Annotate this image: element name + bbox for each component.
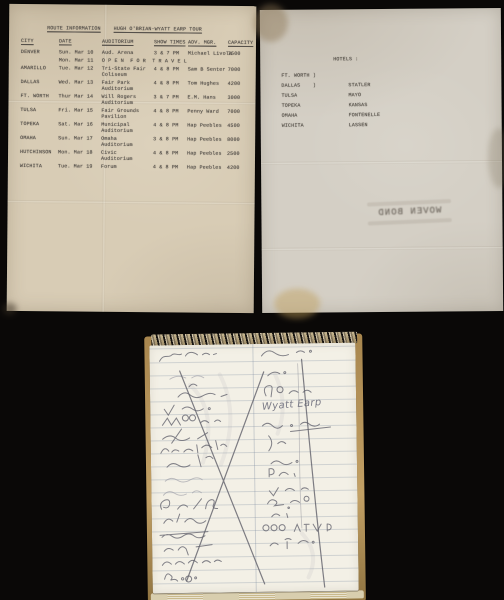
cell-capacity: 2500	[227, 151, 253, 163]
cell-adv-mgr	[188, 58, 228, 64]
cell-adv-mgr: Hap Peebles	[187, 122, 227, 134]
cell-date: Sun. Mar 10	[59, 49, 102, 55]
hotel-city: TULSA	[281, 92, 348, 99]
col-capacity: CAPACITY	[228, 40, 254, 46]
photo-background: ROUTE INFORMATION HUGH O'BRIAN-WYATT EAR…	[0, 0, 504, 600]
cell-city: TULSA	[20, 107, 58, 119]
cell-auditorium: Municipal Auditorium	[101, 122, 153, 134]
cell-city: DENVER	[21, 49, 59, 55]
cell-capacity	[228, 59, 254, 65]
fold-crease	[262, 246, 503, 251]
cell-city: AMARILLO	[21, 65, 59, 77]
cross-out-strokes	[180, 359, 325, 589]
cell-show-times: 4 & 8 PM	[153, 150, 187, 162]
hotels-heading: HOTELS :	[333, 55, 495, 62]
cell-date: Tue. Mar 12	[59, 65, 102, 77]
cell-show-times: 3 & 7 PM	[154, 50, 188, 56]
cell-date: Sat. Mar 16	[58, 121, 101, 133]
cell-adv-mgr: Hap Peebles	[187, 150, 227, 162]
cell-adv-mgr: Penny Ward	[187, 108, 227, 120]
paper-watermark: WOVEN BOND	[349, 196, 470, 228]
cell-adv-mgr: Hap Peebles	[187, 136, 227, 148]
cell-show-times: 3 & 7 PM	[153, 94, 187, 106]
cell-capacity: 3000	[227, 95, 253, 107]
hotel-city: OMAHA	[282, 112, 349, 119]
watermark-text: WOVEN BOND	[349, 204, 469, 220]
route-table-row: DALLAS Wed. Mar 13 Fair Park Auditorium …	[21, 79, 250, 93]
cell-date: Wed. Mar 13	[59, 79, 102, 91]
col-auditorium: AUDITORIUM	[102, 39, 154, 45]
route-table-row: WICHITA Tue. Mar 19 Forum 4 & 8 PM Hap P…	[20, 163, 249, 171]
route-table-row: DENVER Sun. Mar 10 Aud. Arena 3 & 7 PM M…	[21, 49, 250, 57]
cell-city: FT. WORTH	[20, 93, 58, 105]
cell-city: WICHITA	[20, 163, 58, 169]
stain	[488, 128, 504, 188]
cell-show-times: 4 & 8 PM	[154, 80, 188, 92]
hotel-entry: WICHITA LASSEN	[282, 121, 496, 129]
hotel-city: TOPEKA	[282, 102, 349, 109]
cell-capacity: 8000	[227, 137, 253, 149]
cell-show-times: 4 & 8 PM	[154, 66, 188, 78]
hotel-entry: DALLAS ) STATLER	[281, 81, 495, 89]
hotel-name: KANSAS	[349, 101, 496, 108]
notepad-page: Wyatt Earp	[149, 343, 358, 594]
hotel-entry: FT. WORTH )	[281, 71, 495, 79]
hotel-entry: TOPEKA KANSAS	[282, 101, 496, 109]
route-table-row: FT. WORTH Thur Mar 14 Will Rogers Audito…	[20, 93, 249, 107]
cell-capacity: 7500	[228, 51, 254, 57]
route-information-sheet: ROUTE INFORMATION HUGH O'BRIAN-WYATT EAR…	[7, 4, 257, 313]
cell-capacity: 7000	[228, 67, 254, 79]
cell-auditorium: Civic Auditorium	[101, 150, 153, 162]
cell-show-times: 4 & 8 PM	[153, 108, 187, 120]
cell-capacity: 4500	[227, 123, 253, 135]
cell-capacity: 7000	[227, 109, 253, 121]
route-table-row: TULSA Fri. Mar 15 Fair Grounds Pavilion …	[20, 107, 249, 121]
cell-auditorium: O P E N F O R T R A V E L	[102, 58, 154, 64]
hotel-city: FT. WORTH )	[281, 72, 348, 79]
cell-show-times: 3 & 8 PM	[153, 136, 187, 148]
watermark-blur-line	[368, 218, 452, 226]
stain	[274, 288, 320, 318]
cell-adv-mgr: Sam B Senter	[188, 66, 228, 78]
cell-city: DALLAS	[21, 79, 59, 91]
steno-notepad: Wyatt Earp	[149, 332, 363, 597]
cell-city: OMAHA	[20, 135, 58, 147]
route-table-row: Mon. Mar 11 O P E N F O R T R A V E L	[21, 57, 250, 65]
cell-date: Sun. Mar 17	[58, 135, 101, 147]
route-table-header: CITY DATE AUDITORIUM SHOW TIMES ADV. MGR…	[21, 38, 250, 46]
cell-city	[21, 57, 59, 63]
cell-auditorium: Aud. Arena	[102, 50, 154, 56]
cell-show-times	[154, 58, 188, 64]
cell-city: HUTCHINSON	[20, 149, 58, 161]
cell-show-times: 4 & 8 PM	[153, 122, 187, 134]
corner-fold	[3, 303, 17, 315]
cell-city: TOPEKA	[20, 121, 58, 133]
route-table-row: AMARILLO Tue. Mar 12 Tri-State Fair Coli…	[21, 65, 250, 79]
col-show-times: SHOW TIMES	[154, 39, 188, 45]
fold-crease	[261, 160, 502, 165]
hotels-list: FT. WORTH ) DALLAS ) STATLER TULSA MAYO	[281, 71, 495, 129]
route-table-row: HUTCHINSON Mon. Mar 18 Civic Auditorium …	[20, 149, 249, 163]
cell-auditorium: Omaha Auditorium	[101, 136, 153, 148]
handwritten-notes: Wyatt Earp	[149, 343, 358, 594]
cell-adv-mgr: Michael Livola	[188, 50, 228, 56]
route-title-right: HUGH O'BRIAN-WYATT EARP TOUR	[114, 26, 202, 33]
cell-date: Fri. Mar 15	[58, 107, 101, 119]
fold-crease	[8, 200, 255, 205]
hotel-name	[348, 71, 495, 78]
route-title-left: ROUTE INFORMATION	[47, 25, 101, 31]
col-city: CITY	[21, 38, 59, 44]
cell-date: Mon. Mar 18	[58, 149, 101, 161]
cell-auditorium: Fair Grounds Pavilion	[101, 108, 153, 120]
hotel-name: MAYO	[348, 91, 495, 98]
cell-capacity: 4200	[228, 81, 254, 93]
route-table-row: TOPEKA Sat. Mar 16 Municipal Auditorium …	[20, 121, 249, 135]
cell-date: Mon. Mar 11	[59, 57, 102, 63]
route-table-rows: DENVER Sun. Mar 10 Aud. Arena 3 & 7 PM M…	[20, 49, 250, 171]
handwriting-wyatt-earp: Wyatt Earp	[262, 397, 323, 413]
cell-date: Thur Mar 14	[58, 93, 101, 105]
hotel-city: WICHITA	[282, 122, 349, 129]
cell-adv-mgr: Hap Peebles	[187, 164, 227, 170]
hotel-name: LASSEN	[349, 121, 496, 128]
hotel-city: DALLAS )	[281, 82, 348, 89]
cell-date: Tue. Mar 19	[58, 163, 101, 169]
hotel-name: STATLER	[348, 81, 495, 88]
cell-auditorium: Fair Park Auditorium	[102, 80, 154, 92]
cell-show-times: 4 & 8 PM	[153, 164, 187, 170]
cell-adv-mgr: E.M. Hans	[187, 94, 227, 106]
route-table-row: OMAHA Sun. Mar 17 Omaha Auditorium 3 & 8…	[20, 135, 249, 149]
cell-adv-mgr: Tom Hughes	[188, 80, 228, 92]
hotels-sheet: WOVEN BOND HOTELS : FT. WORTH ) DALLAS )…	[260, 8, 503, 313]
col-adv-mgr: ADV. MGR.	[188, 39, 228, 45]
hotel-entry: TULSA MAYO	[281, 91, 495, 99]
cell-auditorium: Will Rogers Auditorium	[101, 94, 153, 106]
cell-auditorium: Forum	[101, 164, 153, 170]
hotel-name: FONTENELLE	[349, 111, 496, 118]
col-date: DATE	[59, 38, 102, 44]
cell-capacity: 4200	[227, 165, 253, 171]
cell-auditorium: Tri-State Fair Coliseum	[102, 66, 154, 78]
watermark-blur-line	[367, 199, 451, 207]
route-sheet-title: ROUTE INFORMATION HUGH O'BRIAN-WYATT EAR…	[21, 25, 250, 33]
hotel-entry: OMAHA FONTENELLE	[282, 111, 496, 119]
